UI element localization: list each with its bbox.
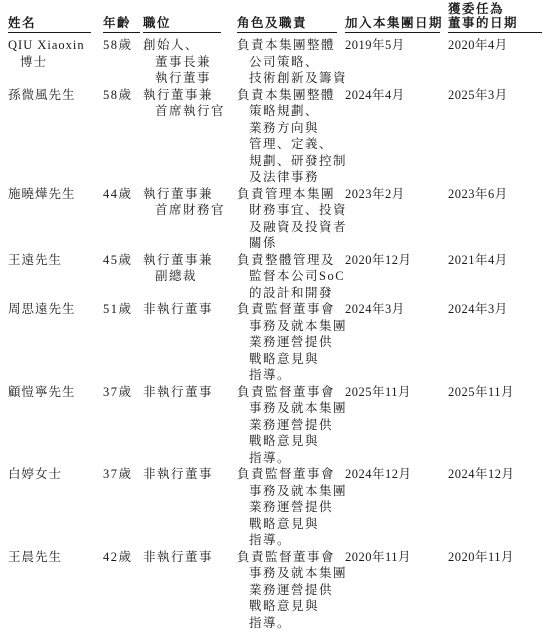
role-line: 監督本公司SoC bbox=[249, 269, 345, 283]
header-age: 年齡 bbox=[103, 16, 140, 33]
joined-date-cell: 2023年2月 bbox=[345, 186, 448, 203]
table-row: 孫微風先生 58歲 執行董事兼首席執行官 負責本集團整體策略規劃、業務方向與管理… bbox=[8, 87, 550, 186]
joined-date-cell: 2024年4月 bbox=[345, 87, 448, 104]
appointed-date-cell: 2021年4月 bbox=[448, 252, 542, 269]
position-line: 首席財務官 bbox=[155, 203, 225, 217]
position-line: 執行董事兼 bbox=[143, 253, 213, 267]
joined-date-cell: 2024年12月 bbox=[345, 466, 448, 483]
header-joined-date-label: 加入本集團日期 bbox=[345, 16, 443, 30]
role-line: 策略規劃、 bbox=[249, 104, 319, 118]
role-line: 及融資及投資者 bbox=[249, 220, 347, 234]
role-line: 及法律事務 bbox=[249, 170, 319, 184]
position-line: 非執行董事 bbox=[143, 302, 213, 316]
role-line: 關係 bbox=[249, 236, 277, 250]
header-role: 角色及職責 bbox=[237, 16, 337, 33]
table-body: QIU Xiaoxin博士 58歲 創始人、董事長兼執行董事 負責本集團整體公司… bbox=[8, 33, 550, 631]
header-name: 姓名 bbox=[8, 16, 91, 33]
directors-table-page: 姓名 年齡 職位 角色及職責 加入本集團日期 獲委任為 董事的日期 QIU Xi… bbox=[0, 0, 550, 635]
role-line: 負責本集團整體 bbox=[237, 38, 335, 52]
role-line: 技術創新及籌資 bbox=[249, 71, 347, 85]
name-cell: QIU Xiaoxin博士 bbox=[8, 37, 103, 70]
table-header-row: 姓名 年齡 職位 角色及職責 加入本集團日期 獲委任為 董事的日期 bbox=[8, 2, 550, 33]
position-line: 執行董事兼 bbox=[143, 88, 213, 102]
role-line: 業務運營提供 bbox=[249, 335, 333, 349]
position-line: 非執行董事 bbox=[143, 550, 213, 564]
position-line: 執行董事 bbox=[155, 71, 211, 85]
header-role-label: 角色及職責 bbox=[237, 16, 307, 30]
table-row: QIU Xiaoxin博士 58歲 創始人、董事長兼執行董事 負責本集團整體公司… bbox=[8, 37, 550, 87]
position-line: 副總裁 bbox=[155, 269, 197, 283]
header-appointed-date-line2: 董事的日期 bbox=[448, 16, 518, 30]
role-line: 負責本集團整體 bbox=[237, 88, 335, 102]
name-cell: 王遠先生 bbox=[8, 252, 103, 269]
header-age-label: 年齡 bbox=[103, 16, 131, 30]
position-cell: 創始人、董事長兼執行董事 bbox=[143, 37, 237, 87]
name-line: 王遠先生 bbox=[8, 253, 62, 267]
appointed-date-cell: 2020年11月 bbox=[448, 549, 542, 566]
role-line: 業務運營提供 bbox=[249, 500, 333, 514]
header-joined-date: 加入本集團日期 bbox=[345, 16, 440, 33]
age-cell: 37歲 bbox=[103, 384, 143, 401]
role-cell: 負責監督董事會事務及就本集團業務運營提供戰略意見與指導。 bbox=[237, 466, 345, 549]
name-line: 王晨先生 bbox=[8, 550, 62, 564]
name-cell: 施曉燁先生 bbox=[8, 186, 103, 203]
appointed-date-cell: 2024年3月 bbox=[448, 301, 542, 318]
role-line: 負責監督董事會 bbox=[237, 467, 335, 481]
header-appointed-date-line1: 獲委任為 bbox=[448, 2, 504, 16]
position-line: 董事長兼 bbox=[155, 55, 211, 69]
role-line: 業務運營提供 bbox=[249, 418, 333, 432]
role-cell: 負責整體管理及監督本公司SoC的設計和開發 bbox=[237, 252, 345, 302]
position-cell: 非執行董事 bbox=[143, 301, 237, 318]
role-cell: 負責監督董事會事務及就本集團業務運營提供戰略意見與指導。 bbox=[237, 301, 345, 384]
appointed-date-cell: 2025年11月 bbox=[448, 384, 542, 401]
age-cell: 51歲 bbox=[103, 301, 143, 318]
name-line: 孫微風先生 bbox=[8, 88, 76, 102]
role-line: 戰略意見與 bbox=[249, 599, 319, 613]
role-line: 業務方向與 bbox=[249, 121, 319, 135]
position-cell: 非執行董事 bbox=[143, 384, 237, 401]
position-cell: 執行董事兼首席執行官 bbox=[143, 87, 237, 120]
position-line: 創始人、 bbox=[143, 38, 199, 52]
age-cell: 45歲 bbox=[103, 252, 143, 269]
position-cell: 執行董事兼首席財務官 bbox=[143, 186, 237, 219]
age-cell: 42歲 bbox=[103, 549, 143, 566]
position-line: 非執行董事 bbox=[143, 467, 213, 481]
table-row: 白婷女士 37歲 非執行董事 負責監督董事會事務及就本集團業務運營提供戰略意見與… bbox=[8, 466, 550, 549]
header-appointed-date: 獲委任為 董事的日期 bbox=[448, 2, 542, 33]
joined-date-cell: 2020年12月 bbox=[345, 252, 448, 269]
appointed-date-cell: 2025年3月 bbox=[448, 87, 542, 104]
name-line: 白婷女士 bbox=[8, 467, 62, 481]
joined-date-cell: 2025年11月 bbox=[345, 384, 448, 401]
role-line: 業務運營提供 bbox=[249, 583, 333, 597]
name-cell: 王晨先生 bbox=[8, 549, 103, 566]
role-line: 的設計和開發 bbox=[249, 286, 333, 300]
name-line: 顧愷寧先生 bbox=[8, 385, 76, 399]
role-line: 指導。 bbox=[249, 616, 291, 630]
name-cell: 白婷女士 bbox=[8, 466, 103, 483]
name-line: 周思遠先生 bbox=[8, 302, 76, 316]
role-line: 負責整體管理及 bbox=[237, 253, 335, 267]
joined-date-cell: 2019年5月 bbox=[345, 37, 448, 54]
role-line: 財務事宜、投資 bbox=[249, 203, 347, 217]
name-cell: 周思遠先生 bbox=[8, 301, 103, 318]
role-line: 事務及就本集團 bbox=[249, 484, 347, 498]
role-line: 事務及就本集團 bbox=[249, 319, 347, 333]
header-position-label: 職位 bbox=[143, 16, 171, 30]
appointed-date-cell: 2024年12月 bbox=[448, 466, 542, 483]
table-row: 周思遠先生 51歲 非執行董事 負責監督董事會事務及就本集團業務運營提供戰略意見… bbox=[8, 301, 550, 384]
role-line: 負責監督董事會 bbox=[237, 385, 335, 399]
table-row: 王晨先生 42歲 非執行董事 負責監督董事會事務及就本集團業務運營提供戰略意見與… bbox=[8, 549, 550, 632]
name-cell: 顧愷寧先生 bbox=[8, 384, 103, 401]
role-line: 負責管理本集團 bbox=[237, 187, 335, 201]
role-cell: 負責管理本集團財務事宜、投資及融資及投資者關係 bbox=[237, 186, 345, 252]
role-line: 規劃、研發控制 bbox=[249, 154, 347, 168]
role-line: 戰略意見與 bbox=[249, 517, 319, 531]
role-line: 負責監督董事會 bbox=[237, 302, 335, 316]
table-row: 施曉燁先生 44歲 執行董事兼首席財務官 負責管理本集團財務事宜、投資及融資及投… bbox=[8, 186, 550, 252]
role-line: 戰略意見與 bbox=[249, 434, 319, 448]
name-line: QIU Xiaoxin bbox=[8, 38, 85, 52]
role-cell: 負責本集團整體策略規劃、業務方向與管理、定義、規劃、研發控制及法律事務 bbox=[237, 87, 345, 186]
role-line: 指導。 bbox=[249, 451, 291, 465]
age-cell: 37歲 bbox=[103, 466, 143, 483]
position-cell: 非執行董事 bbox=[143, 466, 237, 483]
role-line: 管理、定義、 bbox=[249, 137, 333, 151]
name-line: 博士 bbox=[20, 55, 47, 69]
name-cell: 孫微風先生 bbox=[8, 87, 103, 104]
position-line: 執行董事兼 bbox=[143, 187, 213, 201]
joined-date-cell: 2024年3月 bbox=[345, 301, 448, 318]
name-line: 施曉燁先生 bbox=[8, 187, 76, 201]
role-line: 負責監督董事會 bbox=[237, 550, 335, 564]
role-cell: 負責監督董事會事務及就本集團業務運營提供戰略意見與指導。 bbox=[237, 549, 345, 632]
position-line: 首席執行官 bbox=[155, 104, 225, 118]
role-line: 指導。 bbox=[249, 533, 291, 547]
position-line: 非執行董事 bbox=[143, 385, 213, 399]
role-cell: 負責本集團整體公司策略、技術創新及籌資 bbox=[237, 37, 345, 87]
age-cell: 44歲 bbox=[103, 186, 143, 203]
appointed-date-cell: 2023年6月 bbox=[448, 186, 542, 203]
role-line: 戰略意見與 bbox=[249, 352, 319, 366]
position-cell: 非執行董事 bbox=[143, 549, 237, 566]
table-row: 王遠先生 45歲 執行董事兼副總裁 負責整體管理及監督本公司SoC的設計和開發 … bbox=[8, 252, 550, 302]
age-cell: 58歲 bbox=[103, 37, 143, 54]
role-line: 事務及就本集團 bbox=[249, 401, 347, 415]
position-cell: 執行董事兼副總裁 bbox=[143, 252, 237, 285]
role-line: 指導。 bbox=[249, 368, 291, 382]
role-line: 公司策略、 bbox=[249, 55, 319, 69]
role-cell: 負責監督董事會事務及就本集團業務運營提供戰略意見與指導。 bbox=[237, 384, 345, 467]
appointed-date-cell: 2020年4月 bbox=[448, 37, 542, 54]
table-row: 顧愷寧先生 37歲 非執行董事 負責監督董事會事務及就本集團業務運營提供戰略意見… bbox=[8, 384, 550, 467]
header-name-label: 姓名 bbox=[8, 16, 36, 30]
header-position: 職位 bbox=[143, 16, 221, 33]
joined-date-cell: 2020年11月 bbox=[345, 549, 448, 566]
role-line: 事務及就本集團 bbox=[249, 566, 347, 580]
age-cell: 58歲 bbox=[103, 87, 143, 104]
